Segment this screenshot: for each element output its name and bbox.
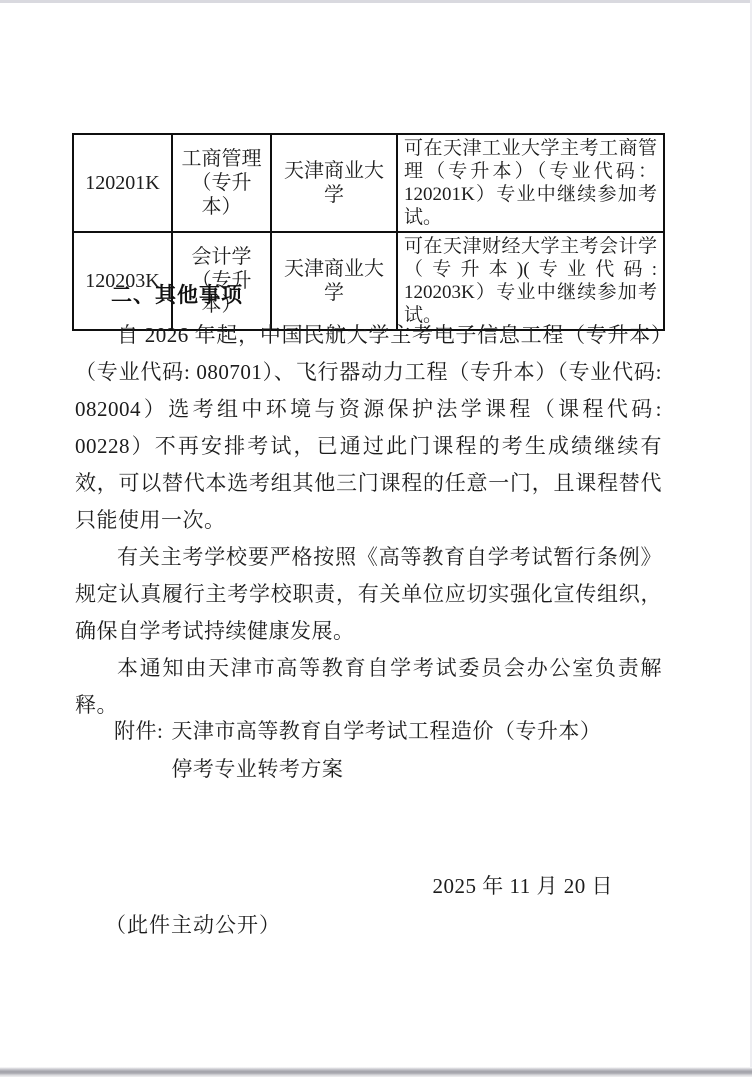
disclosure-note: （此件主动公开）: [105, 911, 281, 939]
body-text: 自 2026 年起，中国民航大学主考电子信息工程（专升本）（专业代码: 0807…: [75, 317, 662, 724]
table-cell-code: 120201K: [73, 134, 172, 232]
document-date: 2025 年 11 月 20 日: [433, 872, 613, 900]
table-cell-major: 工商管理 （专升本）: [172, 134, 271, 232]
attachment-body: 天津市高等教育自学考试工程造价（专升本） 停考专业转考方案: [171, 712, 601, 788]
table-cell-note: 可在天津工业大学主考工商管理（专升本）（专业代码：120201K）专业中继续参加…: [397, 134, 664, 232]
paragraph: 自 2026 年起，中国民航大学主考电子信息工程（专升本）（专业代码: 0807…: [75, 317, 662, 539]
table-row: 120201K 工商管理 （专升本） 天津商业大学 可在天津工业大学主考工商管理…: [73, 134, 664, 232]
attachment-line-2: 停考专业转考方案: [171, 750, 601, 788]
table-cell-school: 天津商业大学: [271, 134, 397, 232]
major-name: 会计学: [177, 245, 266, 269]
major-level: （专升本）: [177, 171, 266, 219]
attachment-line-1: 天津市高等教育自学考试工程造价（专升本）: [171, 712, 601, 750]
paragraph: 有关主考学校要严格按照《高等教育自学考试暂行条例》规定认真履行主考学校职责，有关…: [75, 539, 662, 650]
section-heading: 二、其他事项: [75, 281, 661, 311]
bottom-edge-bar: [0, 1067, 752, 1077]
top-edge-line: [0, 0, 752, 3]
document-page: 120201K 工商管理 （专升本） 天津商业大学 可在天津工业大学主考工商管理…: [0, 0, 752, 1077]
attachment-label: 附件:: [114, 712, 163, 750]
major-name: 工商管理: [177, 147, 266, 171]
attachment-block: 附件: 天津市高等教育自学考试工程造价（专升本） 停考专业转考方案: [114, 712, 601, 788]
